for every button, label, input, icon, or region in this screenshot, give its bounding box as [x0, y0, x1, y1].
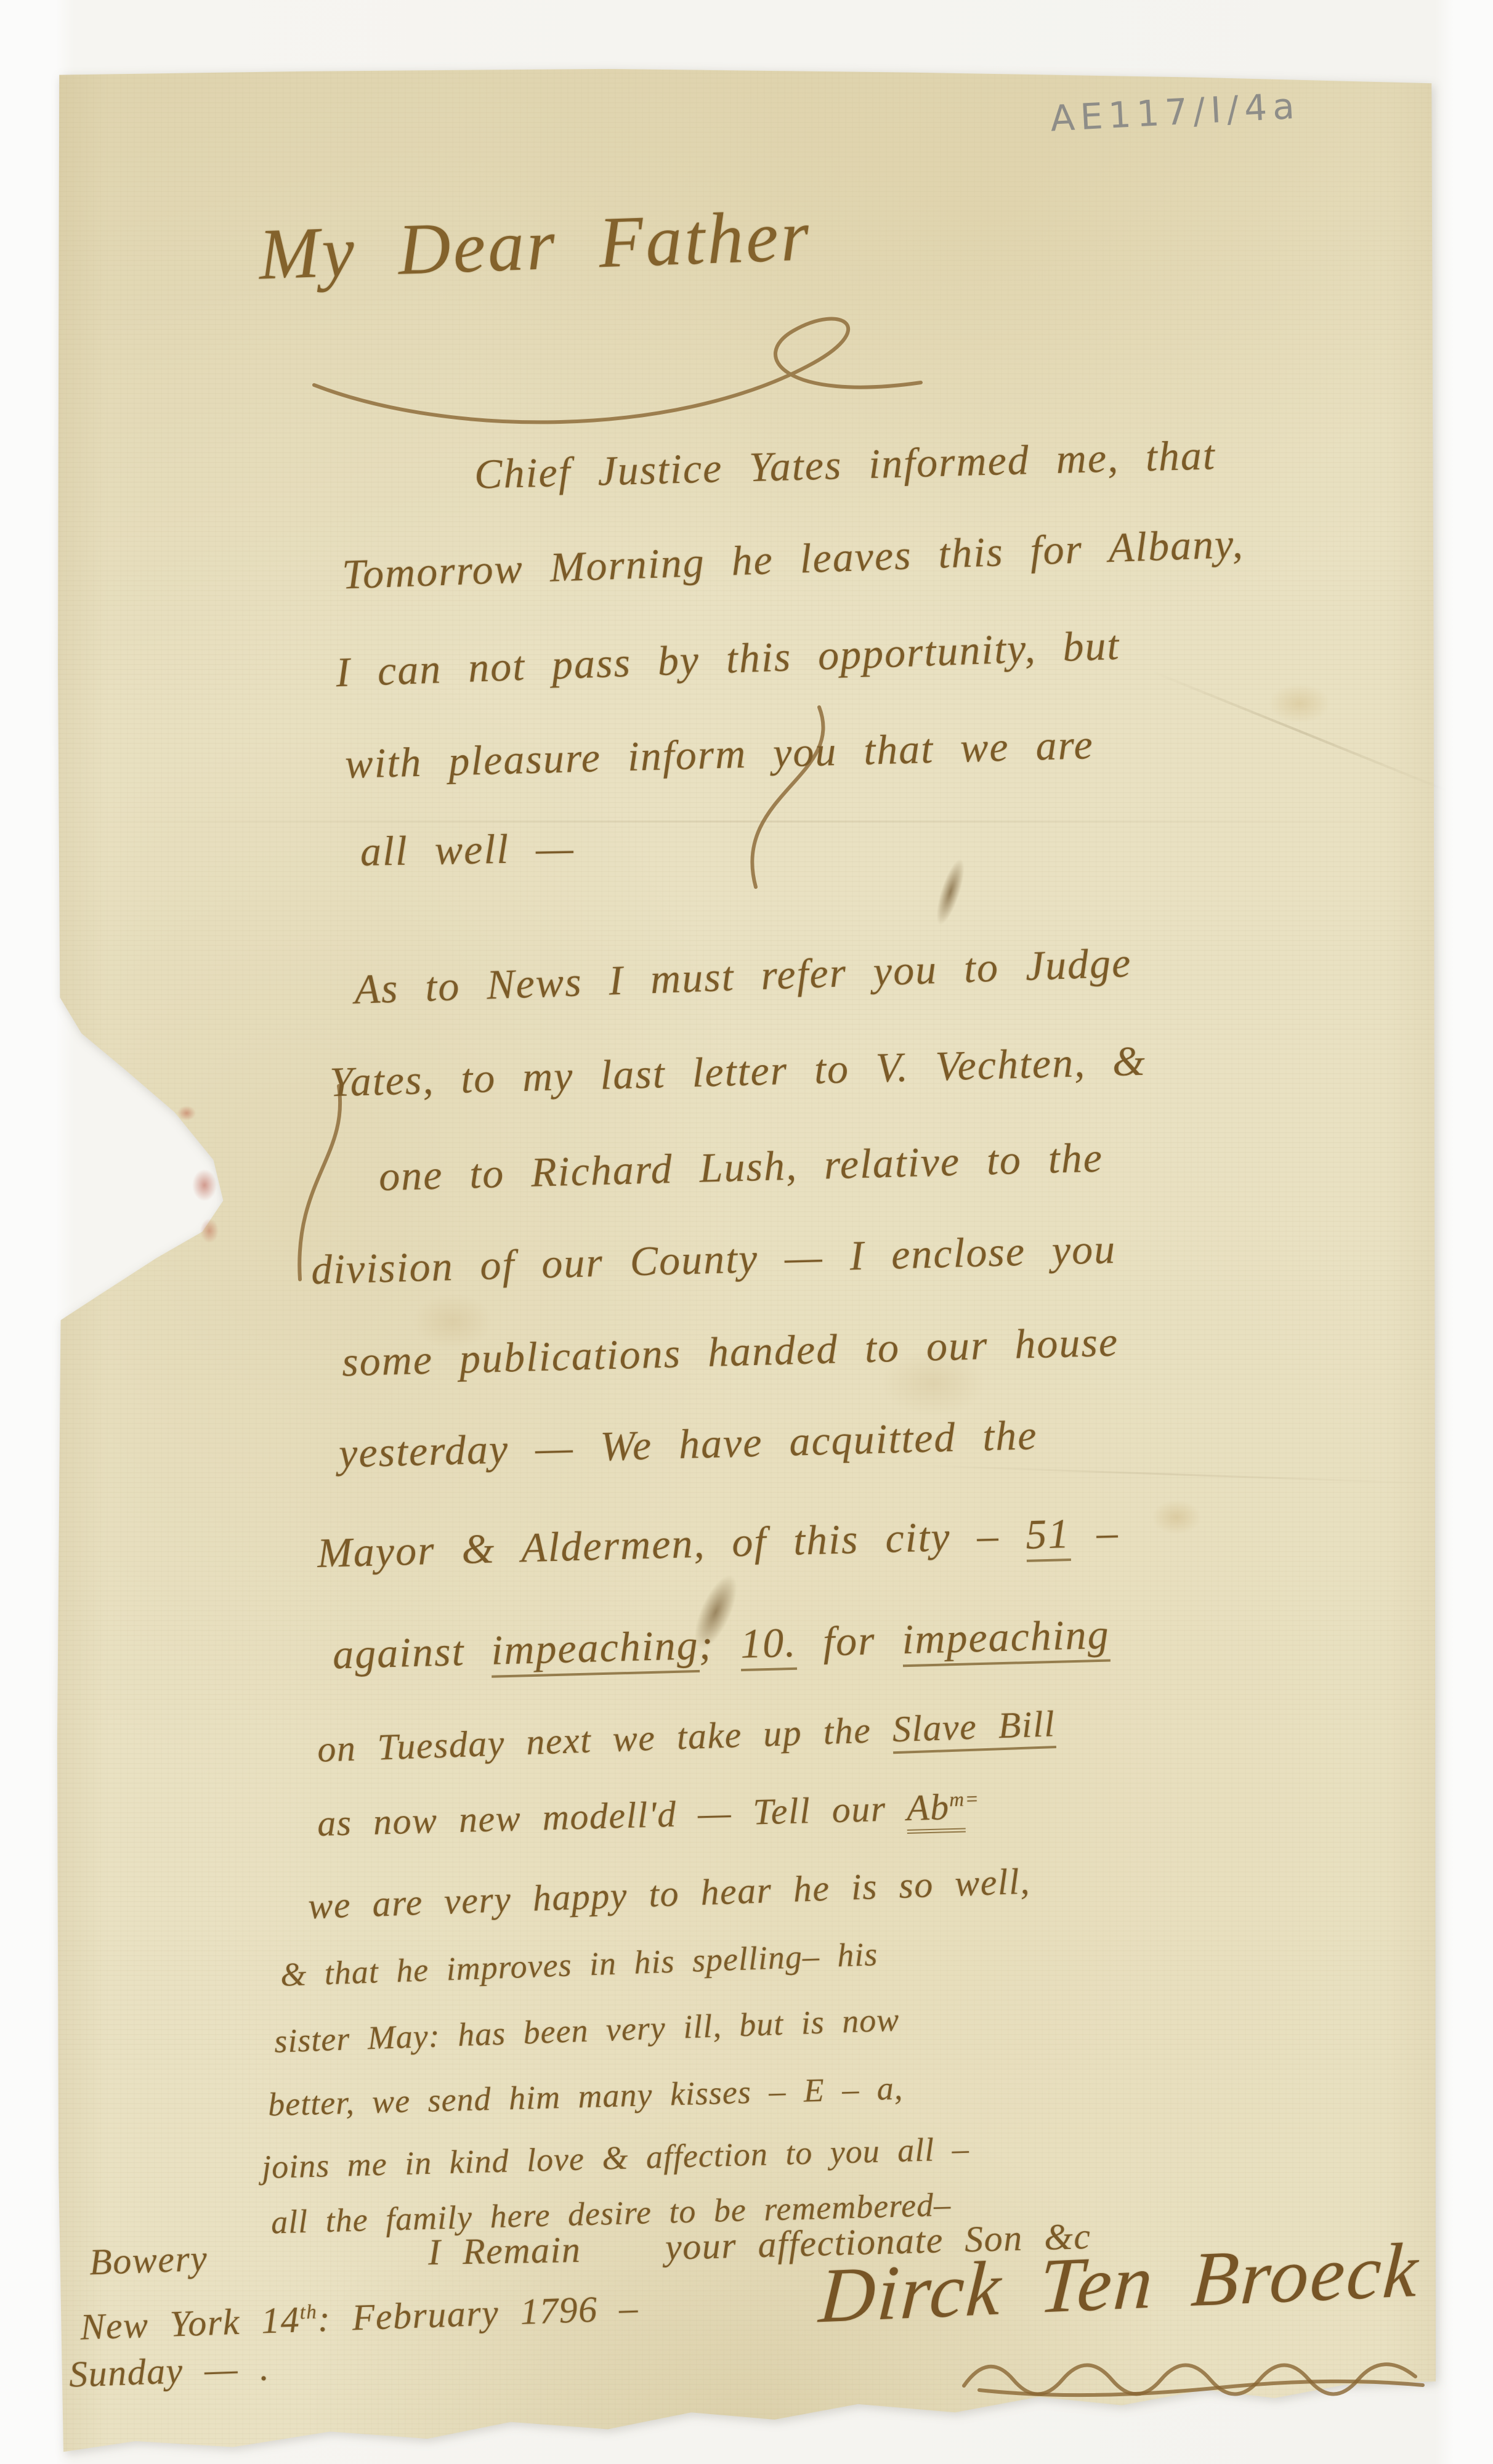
- superscript-text: th: [299, 2301, 318, 2324]
- line-text: Bowery: [89, 2238, 208, 2283]
- underlined-text: 10.: [740, 1619, 797, 1671]
- wax-stain: [200, 1218, 219, 1243]
- underlined-text: Slave Bill: [892, 1703, 1056, 1754]
- line-text: Sunday — .: [68, 2347, 270, 2394]
- line-text: New York 14: [79, 2299, 301, 2347]
- foxing-spot: [1152, 1500, 1201, 1534]
- salutation-flourish-stroke: [289, 305, 998, 434]
- closing-remain: I Remain: [427, 2229, 581, 2274]
- superscript-text: =: [965, 1788, 980, 1811]
- closing-day: Sunday — .: [68, 2346, 270, 2396]
- line-text: I Remain: [427, 2229, 581, 2272]
- line-text: Ab: [906, 1786, 950, 1828]
- signature-flourish-stroke: [961, 2358, 1429, 2407]
- scan-background: AE117/I/4a My Dear Father Chief Justice …: [0, 0, 1493, 2464]
- wax-stain: [192, 1169, 217, 1201]
- superscript-text: m: [949, 1789, 965, 1812]
- foxing-spot: [1269, 684, 1330, 723]
- underlined-text: impeaching: [490, 1621, 699, 1678]
- line-text: all well —: [360, 824, 575, 875]
- line-text: against: [332, 1627, 492, 1678]
- wax-stain: [177, 1106, 196, 1121]
- underlined-text: 51: [1025, 1510, 1070, 1562]
- underlined-text: Abm: [906, 1786, 966, 1834]
- underlined-text: impeaching: [901, 1610, 1110, 1667]
- closing-place: Bowery: [89, 2237, 209, 2284]
- letter-line-p1-5: all well —: [360, 824, 575, 876]
- line-text: for: [796, 1616, 902, 1665]
- line-text: –: [1069, 1509, 1119, 1557]
